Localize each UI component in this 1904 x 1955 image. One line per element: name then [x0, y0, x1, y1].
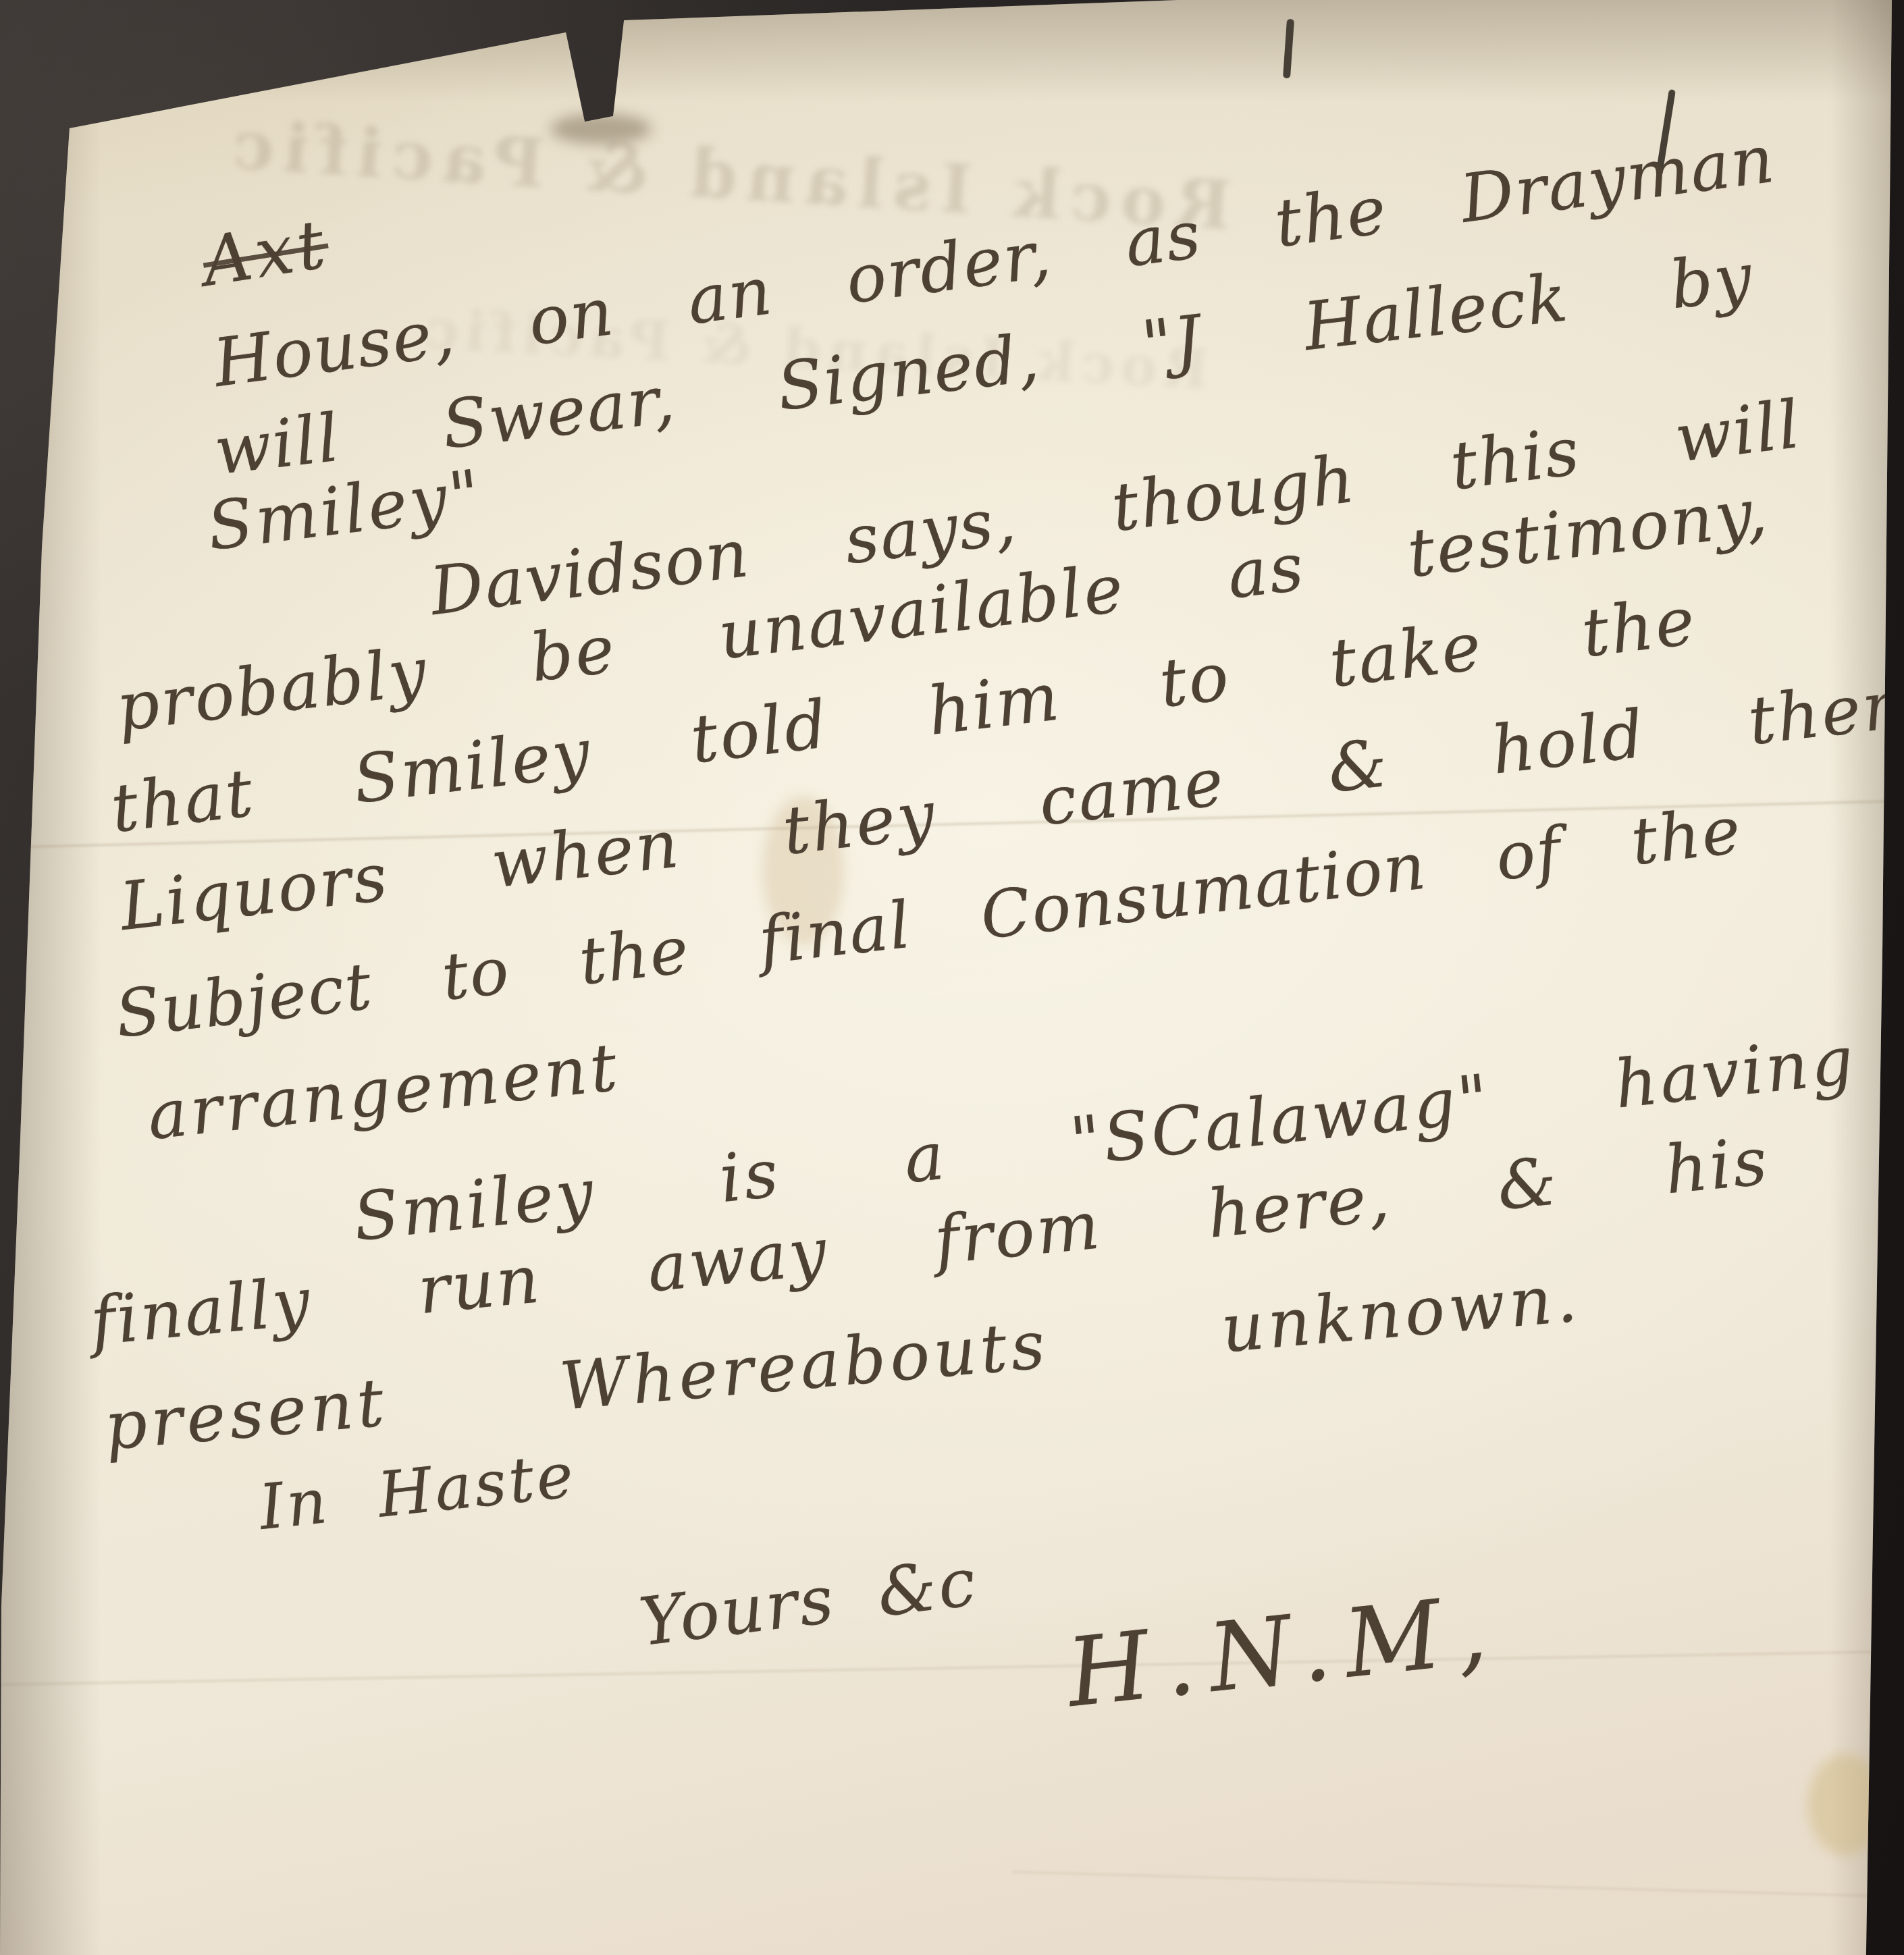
- paper-edge-shadow-left: [0, 95, 101, 1955]
- signature-initials: H.N.M,: [1062, 1574, 1506, 1729]
- paper-edge-shadow-top: [0, 0, 1904, 101]
- letter-photo: Rock Island & Pacific Rock Island & Paci…: [0, 0, 1904, 1955]
- fold-crease: [0, 1649, 1904, 1687]
- handwriting-line-in-haste: In Haste: [256, 1439, 579, 1544]
- closing-line: Yours &c: [635, 1544, 982, 1661]
- letter-paper: Rock Island & Pacific Rock Island & Paci…: [0, 0, 1904, 1955]
- paper-edge-shadow-right: [1830, 0, 1904, 1955]
- fold-crease: [1013, 1870, 1904, 1900]
- struck-out-word: Axt: [197, 204, 334, 302]
- ink-dash-mark: [1283, 19, 1294, 79]
- handwriting-line: arrangement: [144, 1029, 624, 1155]
- paper-stain: [1808, 1754, 1882, 1855]
